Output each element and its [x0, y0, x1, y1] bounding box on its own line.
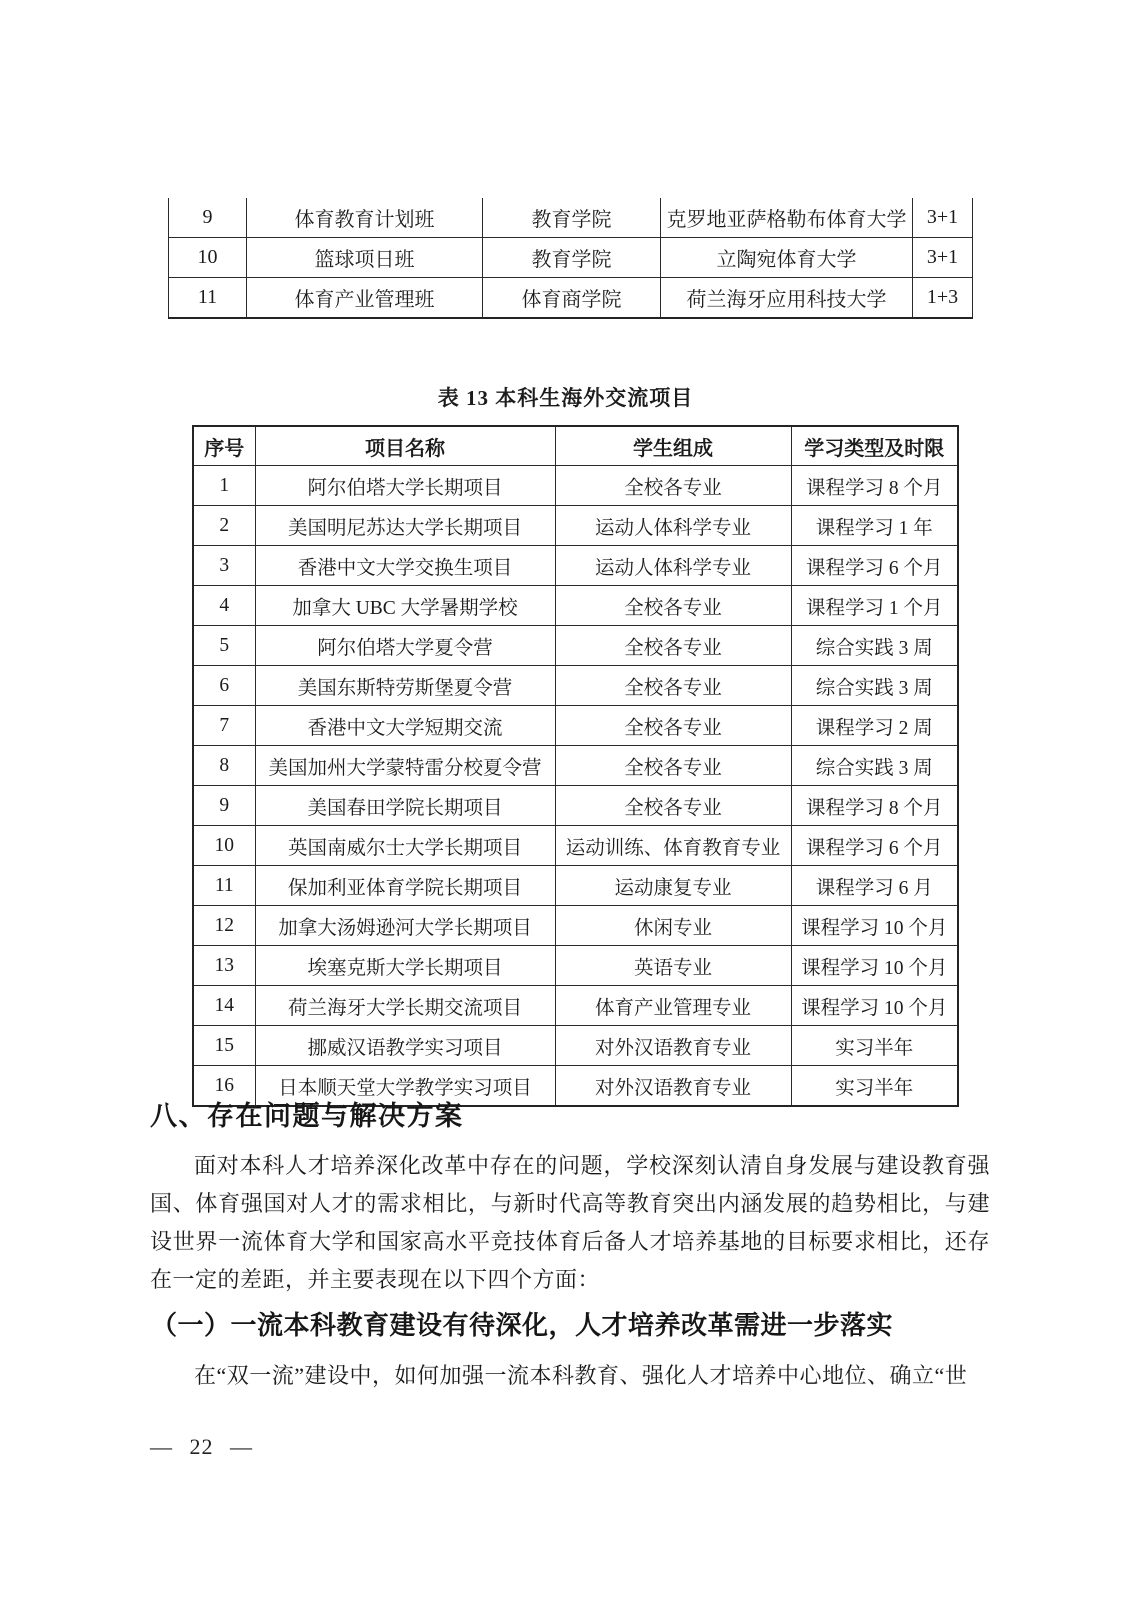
table-cell: 2	[193, 506, 255, 546]
table-cell: 保加利亚体育学院长期项目	[255, 866, 555, 906]
page-number: — 22 —	[150, 1434, 253, 1460]
table-row: 4 加拿大 UBC 大学暑期学校 全校各专业 课程学习 1 个月	[193, 586, 958, 626]
table-cell: 全校各专业	[555, 586, 791, 626]
table-cell: 全校各专业	[555, 466, 791, 506]
table-row: 8 美国加州大学蒙特雷分校夏令营 全校各专业 综合实践 3 周	[193, 746, 958, 786]
overseas-exchange-table: 序号 项目名称 学生组成 学习类型及时限 1 阿尔伯塔大学长期项目 全校各专业 …	[192, 425, 959, 1107]
table-cell: 3+1	[913, 238, 973, 278]
table-cell: 课程学习 2 周	[791, 706, 958, 746]
column-header: 学生组成	[555, 426, 791, 466]
table-cell: 全校各专业	[555, 786, 791, 826]
table-cell: 6	[193, 666, 255, 706]
column-header: 学习类型及时限	[791, 426, 958, 466]
table-cell: 12	[193, 906, 255, 946]
table-cell: 挪威汉语教学实习项目	[255, 1026, 555, 1066]
table-cell: 实习半年	[791, 1026, 958, 1066]
table-row: 14 荷兰海牙大学长期交流项目 体育产业管理专业 课程学习 10 个月	[193, 986, 958, 1026]
table-cell: 克罗地亚萨格勒布体育大学	[661, 198, 913, 238]
section-heading: 八、存在问题与解决方案	[150, 1094, 464, 1133]
table-cell: 10	[169, 238, 247, 278]
table-cell: 加拿大汤姆逊河大学长期项目	[255, 906, 555, 946]
table-cell: 3+1	[913, 198, 973, 238]
table-row: 7 香港中文大学短期交流 全校各专业 课程学习 2 周	[193, 706, 958, 746]
table-cell: 埃塞克斯大学长期项目	[255, 946, 555, 986]
table-row: 11 保加利亚体育学院长期项目 运动康复专业 课程学习 6 月	[193, 866, 958, 906]
table-row: 2 美国明尼苏达大学长期项目 运动人体科学专业 课程学习 1 年	[193, 506, 958, 546]
table-cell: 课程学习 1 个月	[791, 586, 958, 626]
table-row: 10 篮球项日班 教育学院 立陶宛体育大学 3+1	[169, 238, 973, 278]
table-cell: 课程学习 8 个月	[791, 466, 958, 506]
document-page: 9 体育教育计划班 教育学院 克罗地亚萨格勒布体育大学 3+1 10 篮球项日班…	[0, 0, 1131, 1600]
table-cell: 13	[193, 946, 255, 986]
body-paragraph: 面对本科人才培养深化改革中存在的问题，学校深刻认清自身发展与建设教育强国、体育强…	[150, 1147, 990, 1299]
table-cell: 综合实践 3 周	[791, 746, 958, 786]
table-cell: 1	[193, 466, 255, 506]
table-cell: 15	[193, 1026, 255, 1066]
table-cell: 课程学习 1 年	[791, 506, 958, 546]
table-cell: 体育产业管理专业	[555, 986, 791, 1026]
table-cell: 课程学习 6 月	[791, 866, 958, 906]
table-cell: 英语专业	[555, 946, 791, 986]
table-cell: 美国东斯特劳斯堡夏令营	[255, 666, 555, 706]
table-cell: 14	[193, 986, 255, 1026]
table-cell: 全校各专业	[555, 666, 791, 706]
table-cell: 课程学习 10 个月	[791, 986, 958, 1026]
table-cell: 美国加州大学蒙特雷分校夏令营	[255, 746, 555, 786]
table-cell: 3	[193, 546, 255, 586]
table-row: 6 美国东斯特劳斯堡夏令营 全校各专业 综合实践 3 周	[193, 666, 958, 706]
exchange-class-table-continuation: 9 体育教育计划班 教育学院 克罗地亚萨格勒布体育大学 3+1 10 篮球项日班…	[168, 198, 973, 319]
table-cell: 阿尔伯塔大学长期项目	[255, 466, 555, 506]
table-cell: 运动训练、体育教育专业	[555, 826, 791, 866]
table-cell: 全校各专业	[555, 626, 791, 666]
table-cell: 体育产业管理班	[247, 278, 483, 319]
table-row: 10 英国南威尔士大学长期项目 运动训练、体育教育专业 课程学习 6 个月	[193, 826, 958, 866]
table-cell: 实习半年	[791, 1066, 958, 1107]
column-header: 项目名称	[255, 426, 555, 466]
table-header-row: 序号 项目名称 学生组成 学习类型及时限	[193, 426, 958, 466]
table-cell: 综合实践 3 周	[791, 626, 958, 666]
table-cell: 英国南威尔士大学长期项目	[255, 826, 555, 866]
table-cell: 7	[193, 706, 255, 746]
subsection-heading: （一）一流本科教育建设有待深化，人才培养改革需进一步落实	[151, 1305, 893, 1342]
table-cell: 8	[193, 746, 255, 786]
table-cell: 运动人体科学专业	[555, 546, 791, 586]
table-cell: 1+3	[913, 278, 973, 319]
table-cell: 4	[193, 586, 255, 626]
table-cell: 立陶宛体育大学	[661, 238, 913, 278]
table-row: 11 体育产业管理班 体育商学院 荷兰海牙应用科技大学 1+3	[169, 278, 973, 319]
table-cell: 全校各专业	[555, 746, 791, 786]
table-cell: 对外汉语教育专业	[555, 1066, 791, 1107]
table-row: 12 加拿大汤姆逊河大学长期项目 休闲专业 课程学习 10 个月	[193, 906, 958, 946]
table-cell: 篮球项日班	[247, 238, 483, 278]
table-cell: 11	[169, 278, 247, 319]
table-cell: 综合实践 3 周	[791, 666, 958, 706]
table-cell: 9	[169, 198, 247, 238]
table-cell: 5	[193, 626, 255, 666]
table-cell: 荷兰海牙大学长期交流项目	[255, 986, 555, 1026]
table-row: 3 香港中文大学交换生项目 运动人体科学专业 课程学习 6 个月	[193, 546, 958, 586]
table-cell: 课程学习 6 个月	[791, 546, 958, 586]
table-cell: 教育学院	[483, 198, 661, 238]
table-cell: 全校各专业	[555, 706, 791, 746]
table-cell: 课程学习 8 个月	[791, 786, 958, 826]
table-cell: 课程学习 10 个月	[791, 946, 958, 986]
table-row: 9 美国春田学院长期项目 全校各专业 课程学习 8 个月	[193, 786, 958, 826]
table-cell: 休闲专业	[555, 906, 791, 946]
table-cell: 9	[193, 786, 255, 826]
table-cell: 荷兰海牙应用科技大学	[661, 278, 913, 319]
table-row: 13 埃塞克斯大学长期项目 英语专业 课程学习 10 个月	[193, 946, 958, 986]
body-paragraph: 在“双一流”建设中，如何加强一流本科教育、强化人才培养中心地位、确立“世	[150, 1357, 990, 1395]
table-cell: 加拿大 UBC 大学暑期学校	[255, 586, 555, 626]
table-cell: 教育学院	[483, 238, 661, 278]
table-row: 15 挪威汉语教学实习项目 对外汉语教育专业 实习半年	[193, 1026, 958, 1066]
table-cell: 美国明尼苏达大学长期项目	[255, 506, 555, 546]
table-cell: 香港中文大学短期交流	[255, 706, 555, 746]
table-row: 9 体育教育计划班 教育学院 克罗地亚萨格勒布体育大学 3+1	[169, 198, 973, 238]
column-header: 序号	[193, 426, 255, 466]
table13-caption: 表 13 本科生海外交流项目	[0, 382, 1131, 412]
table-cell: 课程学习 10 个月	[791, 906, 958, 946]
table-cell: 体育教育计划班	[247, 198, 483, 238]
table-cell: 香港中文大学交换生项目	[255, 546, 555, 586]
table-cell: 美国春田学院长期项目	[255, 786, 555, 826]
table-cell: 11	[193, 866, 255, 906]
table-row: 5 阿尔伯塔大学夏令营 全校各专业 综合实践 3 周	[193, 626, 958, 666]
table-cell: 体育商学院	[483, 278, 661, 319]
table-cell: 运动人体科学专业	[555, 506, 791, 546]
table-row: 1 阿尔伯塔大学长期项目 全校各专业 课程学习 8 个月	[193, 466, 958, 506]
table-cell: 运动康复专业	[555, 866, 791, 906]
table-cell: 10	[193, 826, 255, 866]
table-cell: 课程学习 6 个月	[791, 826, 958, 866]
table-cell: 对外汉语教育专业	[555, 1026, 791, 1066]
table-cell: 阿尔伯塔大学夏令营	[255, 626, 555, 666]
